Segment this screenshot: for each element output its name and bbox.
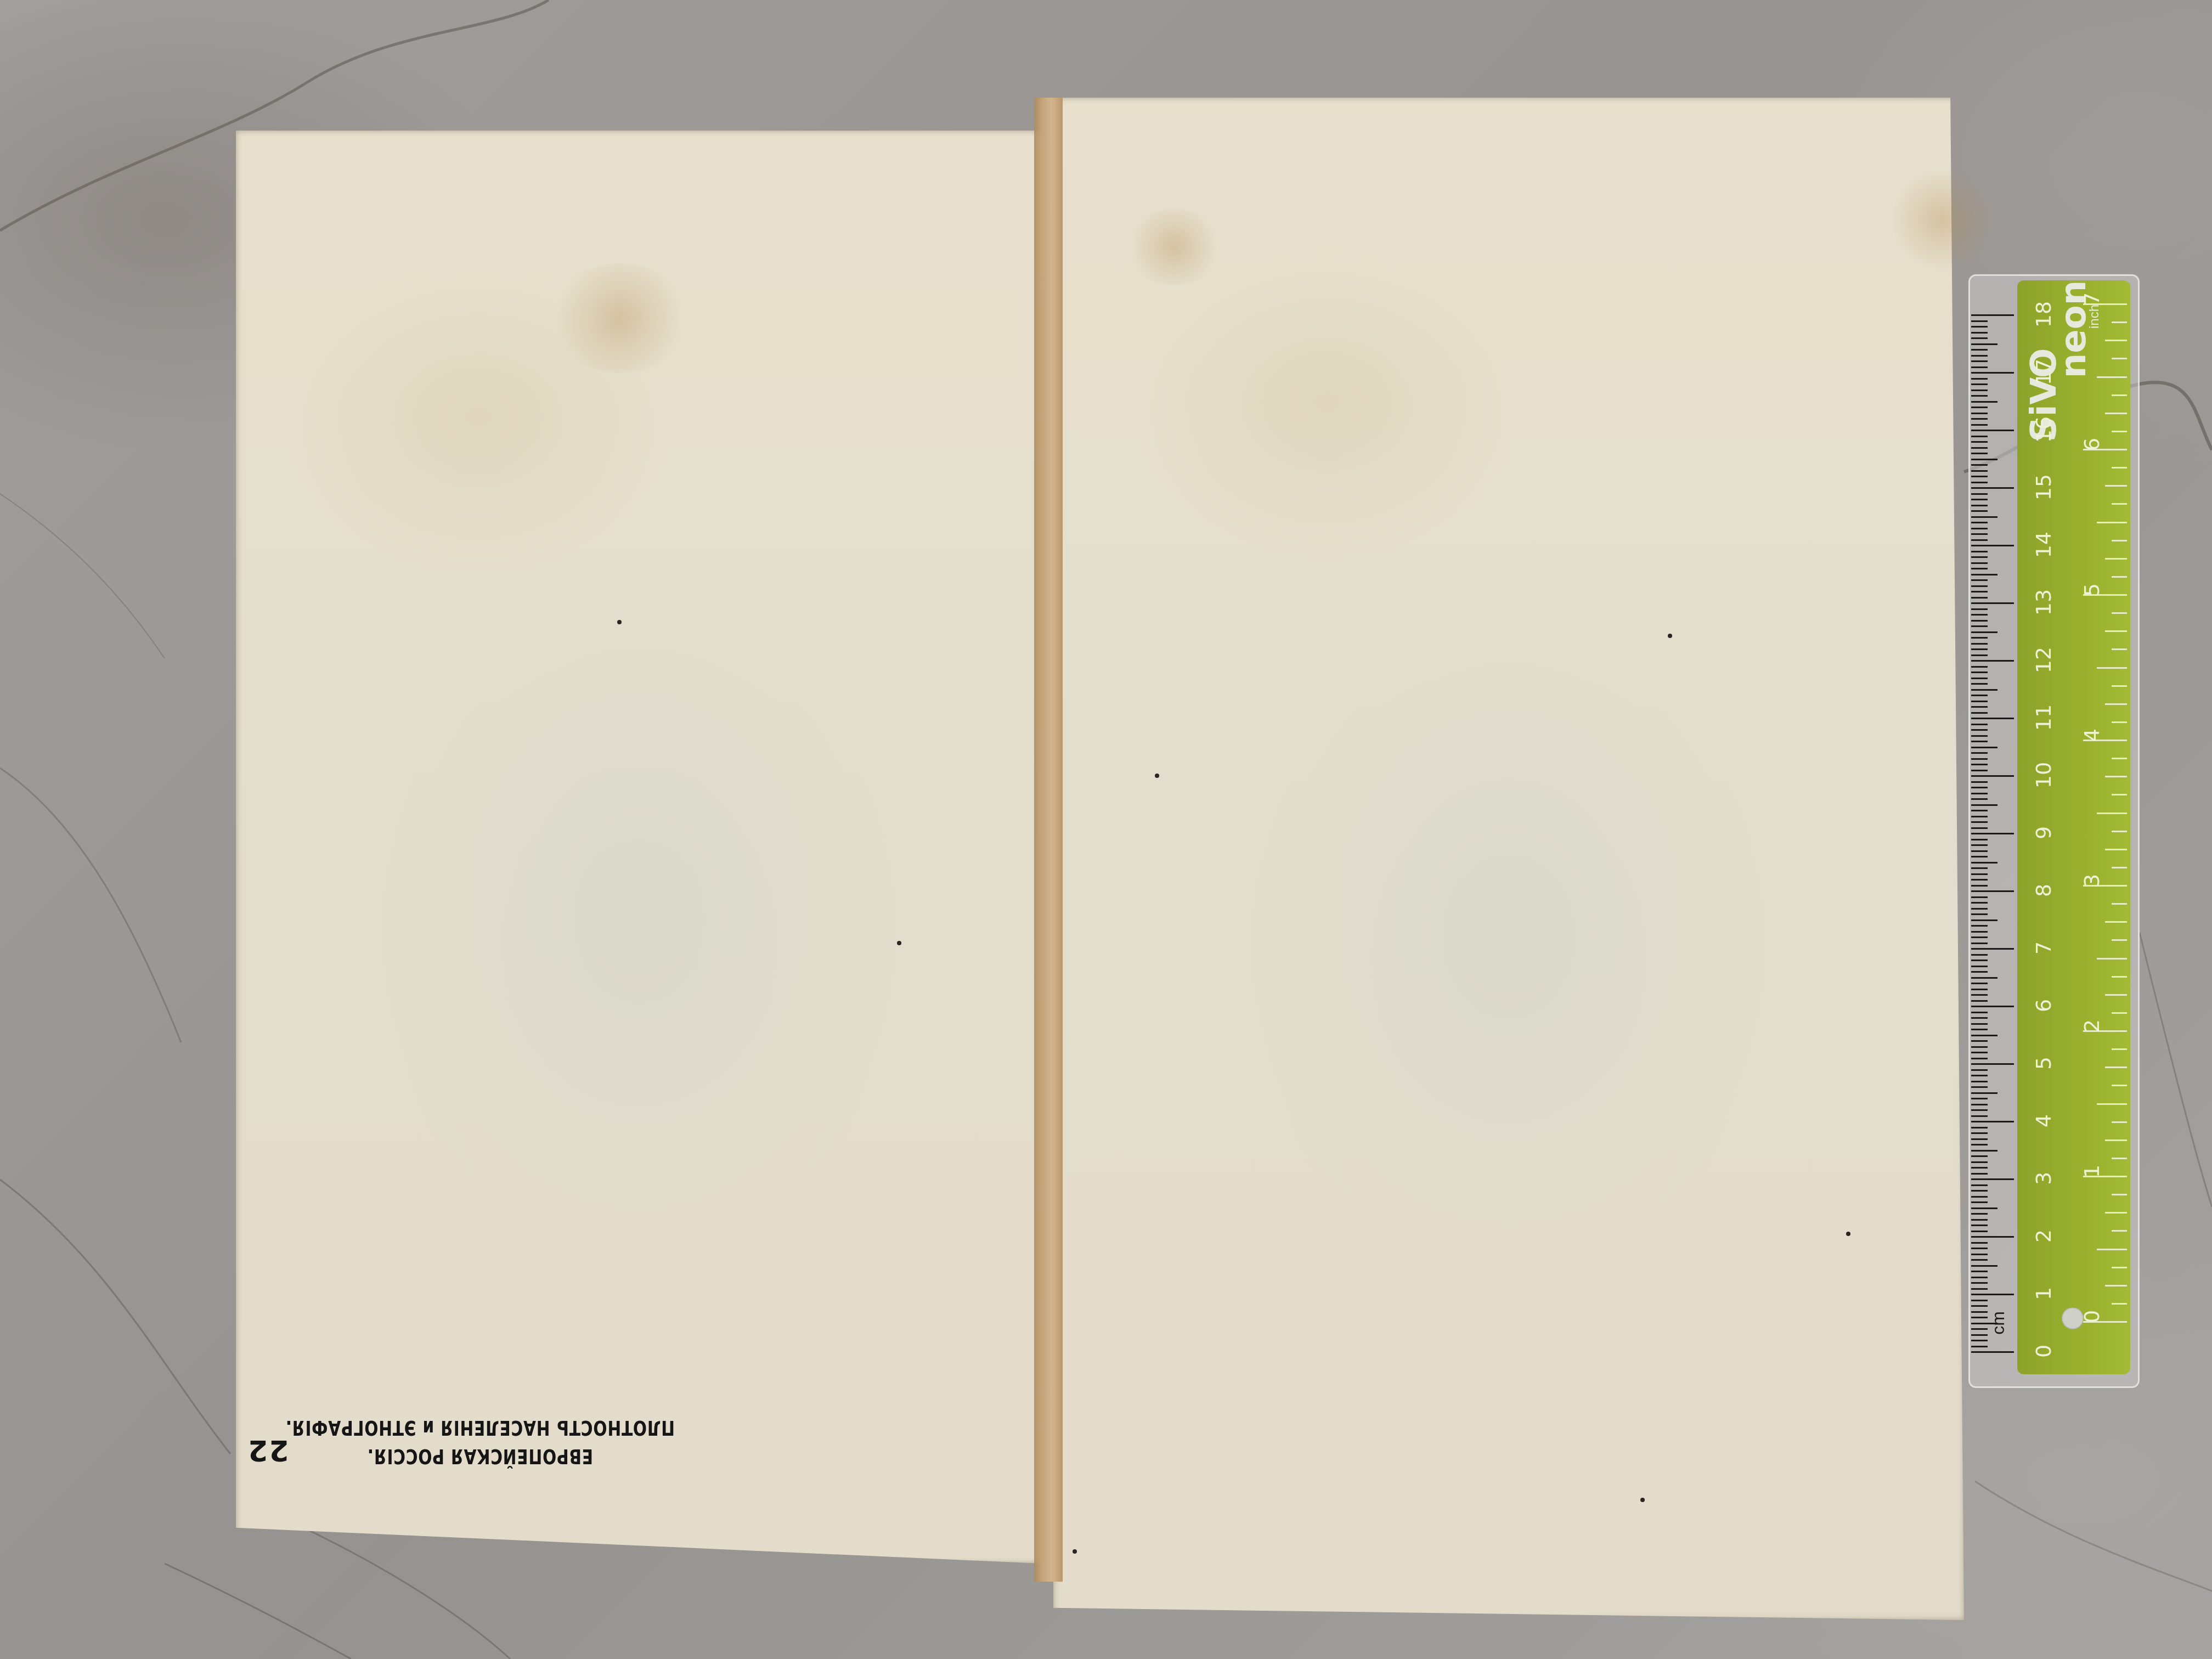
cm-tick: [1971, 1104, 1988, 1105]
inch-label: 6: [2080, 433, 2104, 455]
cm-label: 8: [2032, 874, 2056, 907]
cm-tick: [1971, 1248, 1988, 1249]
cm-tick: [1971, 913, 1988, 915]
inch-tick: [2112, 1012, 2127, 1014]
inch-tick: [2112, 903, 2127, 905]
cm-tick: [1971, 862, 1997, 864]
speck: [1640, 1498, 1645, 1502]
cm-tick: [1971, 660, 2014, 662]
cm-tick: [1971, 983, 1988, 984]
inch-tick: [2112, 431, 2127, 432]
cm-tick: [1971, 925, 1988, 927]
inch-tick: [2097, 958, 2127, 960]
cm-tick: [1971, 1023, 1988, 1025]
cm-tick: [1971, 390, 1988, 391]
ruler: SiVO neon 0123456789101112131415161718 0…: [1968, 274, 2140, 1388]
cm-tick: [1971, 1029, 1988, 1030]
cm-tick: [1971, 856, 1988, 857]
cm-tick: [1971, 1092, 1997, 1094]
cm-tick: [1971, 1294, 2014, 1295]
cm-tick: [1971, 482, 1988, 483]
inch-tick: [2105, 340, 2127, 341]
cm-tick: [1971, 683, 1988, 685]
cm-label: 12: [2032, 644, 2056, 676]
stain: [1125, 208, 1223, 285]
cm-tick: [1971, 729, 1988, 731]
cm-tick: [1971, 499, 1988, 500]
cm-tick: [1971, 1300, 1988, 1301]
cm-tick: [1971, 1161, 1988, 1163]
cm-tick: [1971, 896, 1988, 898]
cm-tick: [1971, 1006, 2014, 1007]
inch-tick: [2105, 413, 2127, 414]
inch-tick: [2112, 648, 2127, 650]
cm-tick: [1971, 1012, 1988, 1013]
cm-tick: [1971, 625, 1988, 627]
inch-tick: [2112, 1121, 2127, 1123]
cm-tick: [1971, 320, 1988, 322]
cm-tick: [1971, 493, 1988, 495]
cm-tick: [1971, 545, 2014, 546]
cm-tick: [1971, 1271, 1988, 1272]
cm-label: 9: [2032, 816, 2056, 849]
cm-tick: [1971, 608, 1988, 610]
cm-tick: [1971, 1058, 1988, 1059]
cm-tick: [1971, 643, 1988, 645]
cm-tick: [1971, 706, 1988, 708]
inch-unit-label: inch: [2087, 304, 2102, 329]
cm-tick: [1971, 960, 1988, 961]
cm-tick: [1971, 931, 1988, 933]
cm-tick: [1971, 1213, 1988, 1215]
cm-tick: [1971, 1167, 1988, 1169]
cm-tick: [1971, 430, 2014, 431]
cm-tick: [1971, 844, 1988, 846]
cm-tick: [1971, 735, 1988, 737]
cm-tick: [1971, 1224, 1988, 1226]
cm-label: 10: [2032, 759, 2056, 792]
cm-tick: [1971, 631, 1997, 633]
cm-tick: [1971, 839, 1988, 840]
cm-label: 18: [2032, 298, 2056, 331]
cm-tick: [1971, 1201, 1988, 1203]
cm-tick: [1971, 1288, 1988, 1290]
cm-tick: [1971, 579, 1988, 581]
cm-tick: [1971, 977, 1997, 979]
cm-label: 3: [2032, 1162, 2056, 1195]
cm-tick: [1971, 343, 1997, 345]
cm-tick: [1971, 314, 2014, 316]
inch-tick: [2105, 994, 2127, 996]
inch-tick: [2105, 630, 2127, 632]
cm-tick: [1971, 1052, 1988, 1053]
cm-label: 7: [2032, 932, 2056, 964]
cm-tick: [1971, 470, 1988, 472]
cm-tick: [1971, 372, 2014, 374]
cm-tick: [1971, 332, 1988, 334]
inch-tick: [2097, 522, 2127, 523]
inch-tick: [2112, 1267, 2127, 1268]
cm-tick: [1971, 539, 1988, 541]
inch-label: 4: [2080, 724, 2104, 746]
cm-tick: [1971, 672, 1988, 673]
speck: [897, 941, 901, 945]
cm-tick: [1971, 752, 1988, 754]
cm-tick: [1971, 551, 1988, 552]
cm-tick: [1971, 1121, 2014, 1122]
cm-tick: [1971, 989, 1988, 990]
cm-tick: [1971, 1305, 1988, 1307]
cm-tick: [1971, 1184, 1988, 1186]
cm-tick: [1971, 585, 1988, 587]
inch-tick: [2112, 540, 2127, 541]
cm-tick: [1971, 758, 1988, 760]
speck: [1846, 1232, 1850, 1236]
inch-tick: [2112, 358, 2127, 359]
atlas-sheet: 22 ЕВРОПЕЙСКАЯ РОССІЯ. ПЛОТНОСТЬ НАСЕЛЕН…: [0, 0, 2212, 1659]
cm-tick: [1971, 1173, 1988, 1175]
cm-tick: [1971, 867, 1988, 869]
cm-label: 4: [2032, 1104, 2056, 1137]
cm-tick: [1971, 1150, 1997, 1152]
inch-tick: [2105, 776, 2127, 777]
cm-tick: [1971, 1231, 1988, 1232]
cm-tick: [1971, 885, 1988, 887]
inch-tick: [2105, 703, 2127, 705]
cm-scale: [1970, 276, 2017, 1386]
cm-label: 6: [2032, 989, 2056, 1022]
cm-tick: [1971, 349, 1988, 351]
cm-label: 13: [2032, 586, 2056, 619]
cm-tick: [1971, 366, 1988, 368]
cm-tick: [1971, 1035, 1997, 1036]
cm-tick: [1971, 326, 1988, 328]
cm-tick: [1971, 1340, 1988, 1341]
caption-subtitle: ПЛОТНОСТЬ НАСЕЛЕНІЯ и ЭТНОГРАФІЯ.: [281, 1416, 679, 1440]
cm-tick: [1971, 516, 1997, 518]
cm-tick: [1971, 1311, 1988, 1313]
cm-tick: [1971, 666, 1988, 668]
inch-tick: [2105, 1139, 2127, 1141]
cm-tick: [1971, 1207, 1997, 1209]
stain: [549, 263, 691, 373]
cm-label: 16: [2032, 413, 2056, 446]
cm-tick: [1971, 741, 1988, 742]
cm-unit-label: cm: [1988, 1311, 2008, 1335]
cm-tick: [1971, 695, 1988, 696]
cm-tick: [1971, 1236, 2014, 1238]
speck: [1668, 634, 1672, 638]
cm-tick: [1971, 1254, 1988, 1255]
cm-tick: [1971, 1277, 1988, 1278]
edge-stain: [1893, 165, 1991, 274]
inch-tick: [2112, 976, 2127, 978]
speck: [617, 620, 622, 624]
cm-tick: [1971, 401, 1997, 403]
cm-tick: [1971, 816, 1988, 817]
cm-label: 5: [2032, 1047, 2056, 1080]
inch-tick: [2105, 849, 2127, 850]
inch-tick: [2112, 1230, 2127, 1232]
cm-tick: [1971, 781, 1988, 783]
cm-tick: [1971, 793, 1988, 794]
cm-tick: [1971, 724, 1988, 725]
cm-tick: [1971, 1144, 1988, 1145]
inch-label: 2: [2080, 1015, 2104, 1037]
cm-tick: [1971, 648, 1988, 650]
cm-tick: [1971, 954, 1988, 956]
cm-tick: [1971, 505, 1988, 506]
cm-tick: [1971, 902, 1988, 904]
cm-tick: [1971, 464, 1988, 466]
cm-tick: [1971, 890, 2014, 892]
cm-tick: [1971, 568, 1988, 569]
inch-tick: [2105, 485, 2127, 487]
cm-tick: [1971, 718, 2014, 719]
inch-tick: [2112, 467, 2127, 469]
cm-tick: [1971, 1069, 1988, 1071]
cm-tick: [1971, 701, 1988, 702]
cm-tick: [1971, 620, 1988, 622]
cm-tick: [1971, 1334, 1988, 1336]
cm-tick: [1971, 637, 1988, 639]
cm-tick: [1971, 804, 1997, 806]
cm-label: 17: [2032, 356, 2056, 388]
cm-tick: [1971, 1086, 1988, 1088]
inch-tick: [2112, 867, 2127, 868]
cm-tick: [1971, 1346, 1988, 1347]
cm-label: 1: [2032, 1277, 2056, 1310]
cm-tick: [1971, 383, 1988, 385]
cm-tick: [1971, 1127, 1988, 1128]
cm-tick: [1971, 850, 1988, 852]
speck: [1155, 774, 1159, 778]
inch-tick: [2112, 1158, 2127, 1159]
cm-tick: [1971, 447, 1988, 449]
inch-label: 5: [2080, 579, 2104, 601]
inch-tick: [2097, 376, 2127, 378]
inch-tick: [2112, 831, 2127, 832]
cm-tick: [1971, 1351, 2014, 1353]
inch-tick: [2112, 685, 2127, 687]
cm-tick: [1971, 487, 2014, 489]
cm-tick: [1971, 1178, 2014, 1180]
cm-tick: [1971, 453, 1988, 454]
cm-tick: [1971, 510, 1988, 512]
cm-tick: [1971, 614, 1988, 616]
cm-tick: [1971, 770, 1988, 771]
cm-tick: [1971, 827, 1988, 829]
cm-tick: [1971, 775, 2014, 777]
cm-tick: [1971, 908, 1988, 910]
cm-tick: [1971, 407, 1988, 408]
cm-label: 14: [2032, 528, 2056, 561]
cm-tick: [1971, 378, 1988, 380]
cm-tick: [1971, 395, 1988, 397]
cm-label: 2: [2032, 1220, 2056, 1252]
cm-tick: [1971, 1132, 1988, 1134]
inch-tick: [2112, 503, 2127, 505]
cm-tick: [1971, 1196, 1988, 1198]
inch-tick: [2097, 667, 2127, 669]
right-page: [1053, 98, 1964, 1620]
cm-tick: [1971, 943, 1988, 944]
inch-tick: [2112, 576, 2127, 578]
inch-tick: [2112, 394, 2127, 396]
cm-tick: [1971, 1317, 1988, 1318]
cm-tick: [1971, 936, 1988, 938]
cm-tick: [1971, 597, 1988, 599]
inch-tick: [2112, 1303, 2127, 1305]
cm-tick: [1971, 1081, 1988, 1082]
cm-tick: [1971, 879, 1988, 881]
speck: [1073, 1549, 1077, 1554]
inch-tick: [2112, 939, 2127, 941]
inch-label: 3: [2080, 870, 2104, 891]
inch-tick: [2097, 1249, 2127, 1250]
cm-tick: [1971, 602, 2014, 604]
cm-label: 15: [2032, 471, 2056, 504]
cm-tick: [1971, 764, 1988, 765]
cm-label: 0: [2032, 1335, 2056, 1368]
caption-title: ЕВРОПЕЙСКАЯ РОССІЯ.: [298, 1444, 662, 1469]
cm-tick: [1971, 413, 1988, 414]
cm-tick: [1971, 1046, 1988, 1048]
cm-tick: [1971, 459, 1997, 460]
cm-tick: [1971, 436, 1988, 437]
cm-tick: [1971, 971, 1988, 973]
cm-tick: [1971, 360, 1988, 362]
cm-tick: [1971, 1063, 2014, 1065]
cm-tick: [1971, 994, 1988, 996]
cm-tick: [1971, 873, 1988, 875]
cm-tick: [1971, 1109, 1988, 1111]
inch-tick: [2097, 812, 2127, 814]
cm-tick: [1971, 1242, 1988, 1244]
cm-tick: [1971, 424, 1988, 426]
inch-tick: [2112, 321, 2127, 323]
cm-tick: [1971, 418, 1988, 420]
cm-tick: [1971, 821, 1988, 823]
inch-tick: [2112, 612, 2127, 614]
cm-tick: [1971, 966, 1988, 967]
inch-tick: [2105, 1285, 2127, 1286]
cm-label: 11: [2032, 701, 2056, 734]
cm-tick: [1971, 574, 1997, 575]
cm-tick: [1971, 1040, 1988, 1042]
cm-tick: [1971, 1075, 1988, 1076]
cm-tick: [1971, 919, 1997, 921]
cm-tick: [1971, 1259, 1988, 1261]
inch-label: 1: [2080, 1160, 2104, 1182]
map-caption: 22 ЕВРОПЕЙСКАЯ РОССІЯ. ПЛОТНОСТЬ НАСЕЛЕН…: [247, 1369, 713, 1479]
cm-tick: [1971, 747, 1997, 748]
inch-tick: [2105, 1212, 2127, 1214]
inch-tick: [2112, 1194, 2127, 1195]
inch-tick: [2112, 1048, 2127, 1050]
inch-tick: [2112, 758, 2127, 759]
cm-tick: [1971, 678, 1988, 679]
cm-tick: [1971, 533, 1988, 535]
cm-tick: [1971, 1282, 1988, 1284]
inch-tick: [2105, 921, 2127, 923]
cm-tick: [1971, 337, 1988, 339]
cm-tick: [1971, 556, 1988, 558]
cm-tick: [1971, 355, 1988, 357]
inch-tick: [2112, 721, 2127, 723]
ruler-hang-hole: [2062, 1307, 2084, 1329]
inch-tick: [2105, 558, 2127, 560]
inch-tick: [2112, 794, 2127, 795]
cm-tick: [1971, 1219, 1988, 1221]
cm-tick: [1971, 476, 1988, 477]
cm-tick: [1971, 798, 1988, 800]
cm-tick: [1971, 562, 1988, 564]
cm-tick: [1971, 810, 1988, 811]
cm-tick: [1971, 712, 1988, 714]
cm-tick: [1971, 441, 1988, 443]
cm-tick: [1971, 1155, 1988, 1157]
cm-tick: [1971, 1190, 1988, 1192]
inch-tick: [2097, 1103, 2127, 1105]
cm-tick: [1971, 1138, 1988, 1140]
inch-tick: [2112, 1085, 2127, 1086]
cm-tick: [1971, 689, 1997, 691]
fold-tape: [1034, 98, 1063, 1582]
cm-tick: [1971, 591, 1988, 592]
cm-tick: [1971, 787, 1988, 788]
cm-tick: [1971, 528, 1988, 529]
cm-tick: [1971, 522, 1988, 523]
inch-tick: [2105, 1066, 2127, 1068]
cm-tick: [1971, 1098, 1988, 1099]
cm-tick: [1971, 1115, 1988, 1117]
cm-tick: [1971, 1000, 1988, 1002]
cm-tick: [1971, 1017, 1988, 1019]
cm-tick: [1971, 1328, 1988, 1330]
cm-tick: [1971, 948, 2014, 950]
cm-tick: [1971, 654, 1988, 656]
cm-tick: [1971, 1265, 1997, 1267]
cm-tick: [1971, 833, 2014, 834]
